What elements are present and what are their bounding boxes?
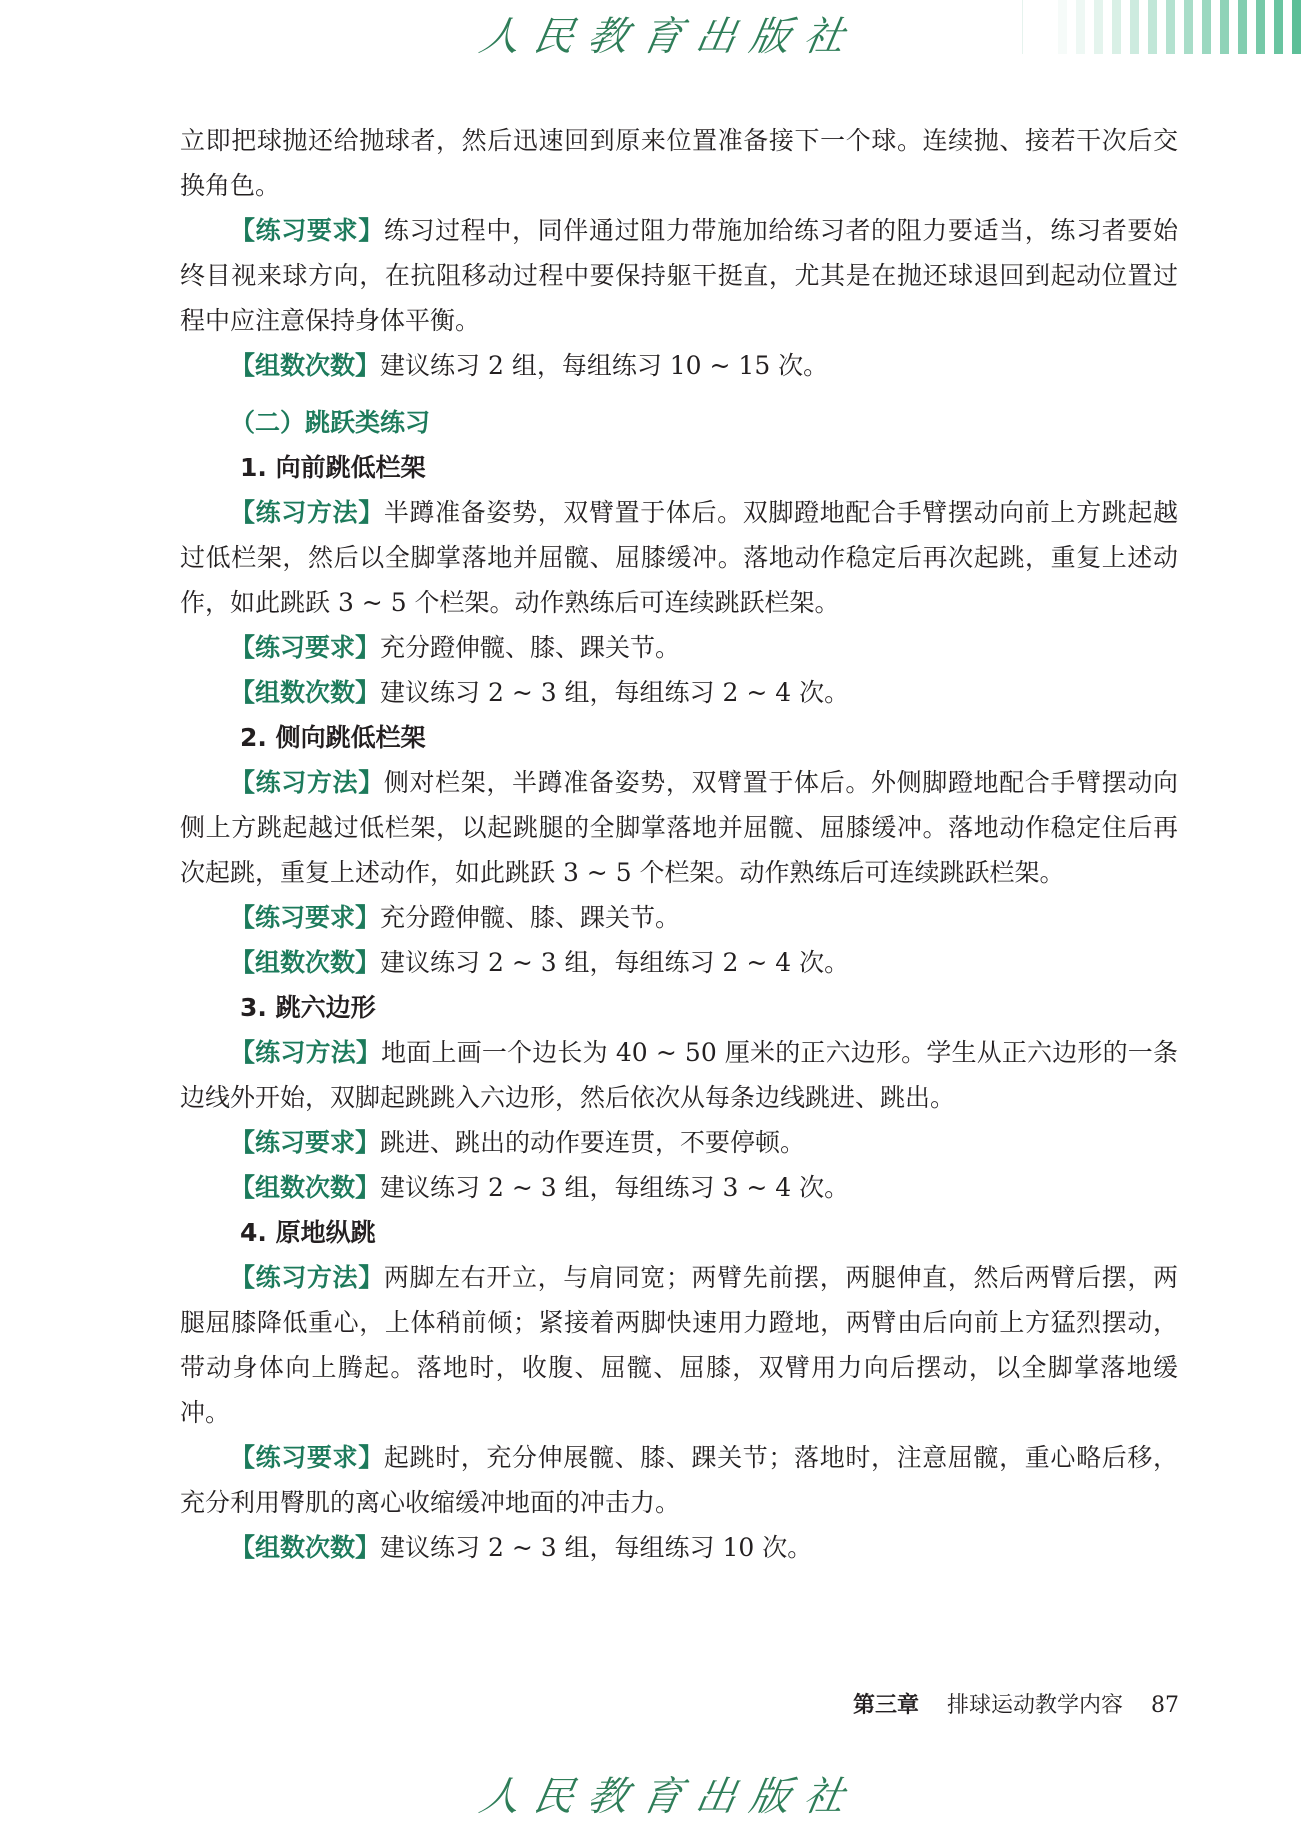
requirement-paragraph: 【练习要求】练习过程中，同伴通过阻力带施加给练习者的阻力要适当，练习者要始终目视… <box>180 208 1178 343</box>
subsection-heading: 4. 原地纵跳 <box>180 1210 1178 1255</box>
page-content: 立即把球抛还给抛球者，然后迅速回到原来位置准备接下一个球。连续抛、接若干次后交换… <box>180 118 1178 1570</box>
stripe-bar <box>1256 0 1265 54</box>
sets-reps-paragraph: 【组数次数】建议练习 2 ~ 3 组，每组练习 2 ~ 4 次。 <box>180 670 1178 715</box>
paragraph-text: 跳进、跳出的动作要连贯，不要停顿。 <box>380 1128 805 1157</box>
tag-label: 【练习要求】 <box>230 633 380 662</box>
running-footer: 第三章 排球运动教学内容 87 <box>853 1688 1179 1719</box>
paragraph-text: 充分蹬伸髋、膝、踝关节。 <box>380 633 680 662</box>
tag-label: 【练习方法】 <box>230 498 384 527</box>
page-number: 87 <box>1151 1693 1179 1718</box>
requirement-paragraph: 【练习要求】充分蹬伸髋、膝、踝关节。 <box>180 625 1178 670</box>
stripe-bar <box>1202 0 1211 54</box>
stripe-bar <box>1274 0 1283 54</box>
paragraph-text: 建议练习 2 组，每组练习 10 ~ 15 次。 <box>380 351 828 380</box>
tag-label: 【组数次数】 <box>230 948 380 977</box>
tag-label: 【组数次数】 <box>230 1173 380 1202</box>
sets-reps-paragraph: 【组数次数】建议练习 2 ~ 3 组，每组练习 3 ~ 4 次。 <box>180 1165 1178 1210</box>
sets-reps-paragraph: 【组数次数】建议练习 2 ~ 3 组，每组练习 10 次。 <box>180 1525 1178 1570</box>
sets-reps-paragraph: 【组数次数】建议练习 2 组，每组练习 10 ~ 15 次。 <box>180 343 1178 388</box>
stripe-bar <box>1220 0 1229 54</box>
stripe-bar <box>1112 0 1121 54</box>
subsection-heading: 2. 侧向跳低栏架 <box>180 715 1178 760</box>
method-paragraph: 【练习方法】地面上画一个边长为 40 ~ 50 厘米的正六边形。学生从正六边形的… <box>180 1030 1178 1120</box>
paragraph: 立即把球抛还给抛球者，然后迅速回到原来位置准备接下一个球。连续抛、接若干次后交换… <box>180 118 1178 208</box>
paragraph-text: 建议练习 2 ~ 3 组，每组练习 2 ~ 4 次。 <box>380 948 849 977</box>
sets-reps-paragraph: 【组数次数】建议练习 2 ~ 3 组，每组练习 2 ~ 4 次。 <box>180 940 1178 985</box>
paragraph-text: 充分蹬伸髋、膝、踝关节。 <box>380 903 680 932</box>
header-decorative-stripes <box>1022 0 1301 54</box>
section-heading: （二）跳跃类练习 <box>180 400 1178 445</box>
chapter-label: 第三章 <box>853 1688 919 1719</box>
publisher-logo-header: 人民教育出版社 <box>476 12 863 62</box>
tag-label: 【组数次数】 <box>230 678 380 707</box>
method-paragraph: 【练习方法】半蹲准备姿势，双臂置于体后。双脚蹬地配合手臂摆动向前上方跳起越过低栏… <box>180 490 1178 625</box>
stripe-bar <box>1058 0 1067 54</box>
stripe-bar <box>1130 0 1139 54</box>
requirement-paragraph: 【练习要求】充分蹬伸髋、膝、踝关节。 <box>180 895 1178 940</box>
stripe-bar <box>1238 0 1247 54</box>
paragraph-text: 建议练习 2 ~ 3 组，每组练习 10 次。 <box>380 1533 812 1562</box>
method-paragraph: 【练习方法】侧对栏架，半蹲准备姿势，双臂置于体后。外侧脚蹬地配合手臂摆动向侧上方… <box>180 760 1178 895</box>
tag-label: 【练习要求】 <box>230 1443 384 1472</box>
method-paragraph: 【练习方法】两脚左右开立，与肩同宽；两臂先前摆，两腿伸直，然后两臂后摆，两腿屈膝… <box>180 1255 1178 1435</box>
requirement-paragraph: 【练习要求】起跳时，充分伸展髋、膝、踝关节；落地时，注意屈髋，重心略后移，充分利… <box>180 1435 1178 1525</box>
chapter-title: 排球运动教学内容 <box>947 1688 1123 1719</box>
stripe-bar <box>1076 0 1085 54</box>
tag-label: 【练习方法】 <box>230 1263 384 1292</box>
publisher-logo-footer: 人民教育出版社 <box>476 1772 863 1822</box>
tag-label: 【组数次数】 <box>230 351 380 380</box>
tag-label: 【练习要求】 <box>230 903 380 932</box>
stripe-bar <box>1094 0 1103 54</box>
tag-label: 【练习要求】 <box>230 1128 380 1157</box>
subsection-heading: 3. 跳六边形 <box>180 985 1178 1030</box>
subsection-heading: 1. 向前跳低栏架 <box>180 445 1178 490</box>
tag-label: 【练习方法】 <box>230 768 384 797</box>
paragraph-text: 建议练习 2 ~ 3 组，每组练习 2 ~ 4 次。 <box>380 678 849 707</box>
stripe-divider <box>1022 0 1023 54</box>
tag-label: 【组数次数】 <box>230 1533 380 1562</box>
requirement-paragraph: 【练习要求】跳进、跳出的动作要连贯，不要停顿。 <box>180 1120 1178 1165</box>
stripe-bar <box>1166 0 1175 54</box>
tag-label: 【练习要求】 <box>230 216 384 245</box>
stripe-bar <box>1292 0 1301 54</box>
stripe-bar <box>1184 0 1193 54</box>
tag-label: 【练习方法】 <box>230 1038 381 1067</box>
paragraph-text: 建议练习 2 ~ 3 组，每组练习 3 ~ 4 次。 <box>380 1173 849 1202</box>
stripe-bar <box>1148 0 1157 54</box>
